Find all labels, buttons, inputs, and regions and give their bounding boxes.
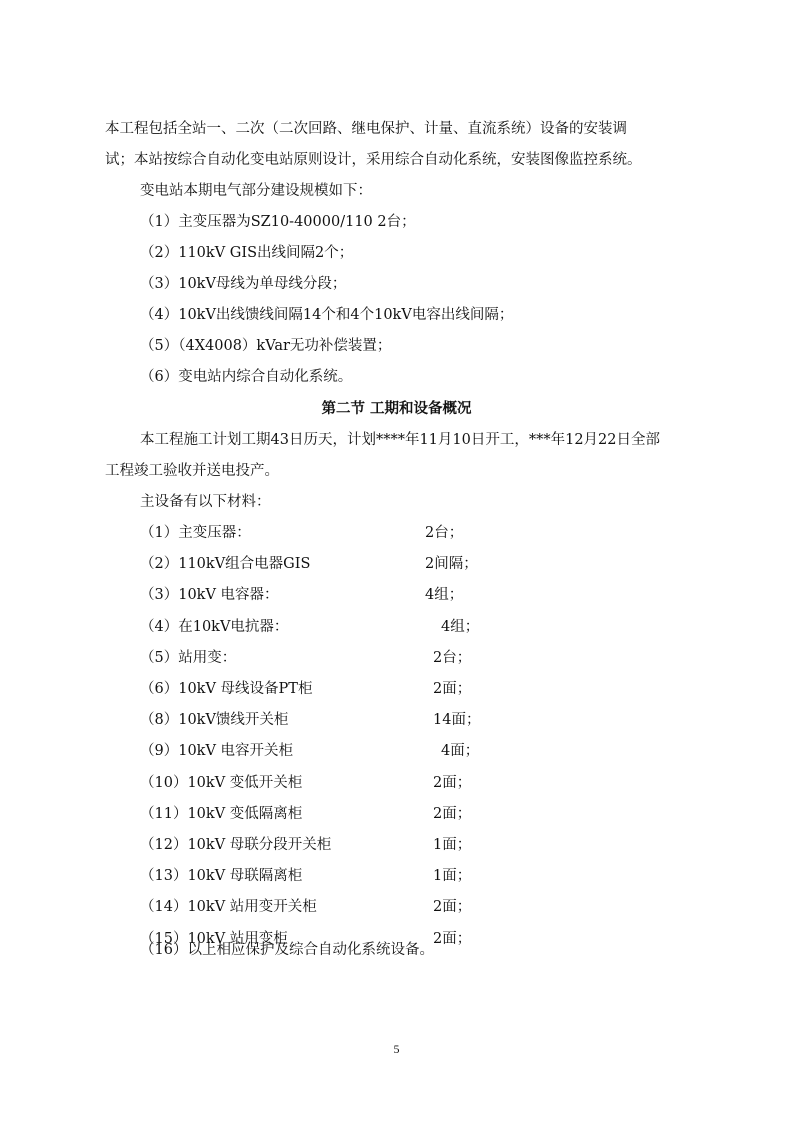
equipment-quantity: 2面； [433,773,471,793]
intro-line-1: 本工程包括全站一、二次（二次回路、继电保护、计量、直流系统）设备的安装调 [105,119,701,139]
equipment-quantity: 2间隔； [425,554,478,574]
scale-item: （6）变电站内综合自动化系统。 [140,367,352,387]
schedule-line-1: 本工程施工计划工期43日历天，计划****年11月10日开工，***年12月22… [140,430,660,450]
equipment-label: （9）10kV 电容开关柜 [140,741,293,761]
intro-line-2: 试；本站按综合自动化变电站原则设计，采用综合自动化系统，安装图像监控系统。 [105,150,701,170]
scale-item: （3）10kV母线为单母线分段； [140,274,346,294]
equipment-quantity: 4面； [441,741,479,761]
scale-item: （4）10kV出线馈线间隔14个和4个10kV电容出线间隔； [140,305,513,325]
equipment-quantity: 2台； [425,523,463,543]
equipment-quantity: 1面； [433,866,471,886]
equipment-label: （10）10kV 变低开关柜 [140,773,302,793]
page-number: 5 [0,1042,793,1057]
equipment-label: （2）110kV组合电器GIS [140,554,310,574]
equipment-quantity: 2面； [433,897,471,917]
equipment-quantity: 2面； [433,804,471,824]
document-page: 本工程包括全站一、二次（二次回路、继电保护、计量、直流系统）设备的安装调 试；本… [0,0,793,1122]
equipment-label: （8）10kV馈线开关柜 [140,710,288,730]
equipment-label: （11）10kV 变低隔离柜 [140,804,302,824]
scale-item: （1）主变压器为SZ10-40000/110 2台； [140,212,416,232]
scale-item: （2）110kV GIS出线间隔2个； [140,243,353,263]
equipment-label: （3）10kV 电容器： [140,585,279,605]
equipment-quantity: 4组； [425,585,463,605]
scale-intro: 变电站本期电气部分建设规模如下： [140,181,372,201]
equipment-label: （13）10kV 母联隔离柜 [140,866,302,886]
equipment-quantity: 2面； [433,679,471,699]
scale-item: （5）（4X4008）kVar无功补偿装置； [140,336,391,356]
equipment-quantity: 1面； [433,835,471,855]
section-heading: 第二节 工期和设备概况 [0,399,793,419]
schedule-line-2: 工程竣工验收并送电投产。 [105,461,279,481]
equipment-intro: 主设备有以下材料： [140,492,271,512]
equipment-label: （6）10kV 母线设备PT柜 [140,679,312,699]
equipment-label: （12）10kV 母联分段开关柜 [140,835,331,855]
equipment-label: （4）在10kV电抗器： [140,617,288,637]
equipment-quantity: 14面； [433,710,480,730]
equipment-label: （14）10kV 站用变开关柜 [140,897,317,917]
equipment-quantity: 2台； [433,648,471,668]
closing-item: （16）以上相应保护及综合自动化系统设备。 [140,940,434,960]
equipment-quantity: 4组； [441,617,479,637]
equipment-label: （5）站用变： [140,648,236,668]
equipment-quantity: 2面； [433,929,471,949]
equipment-label: （1）主变压器： [140,523,251,543]
